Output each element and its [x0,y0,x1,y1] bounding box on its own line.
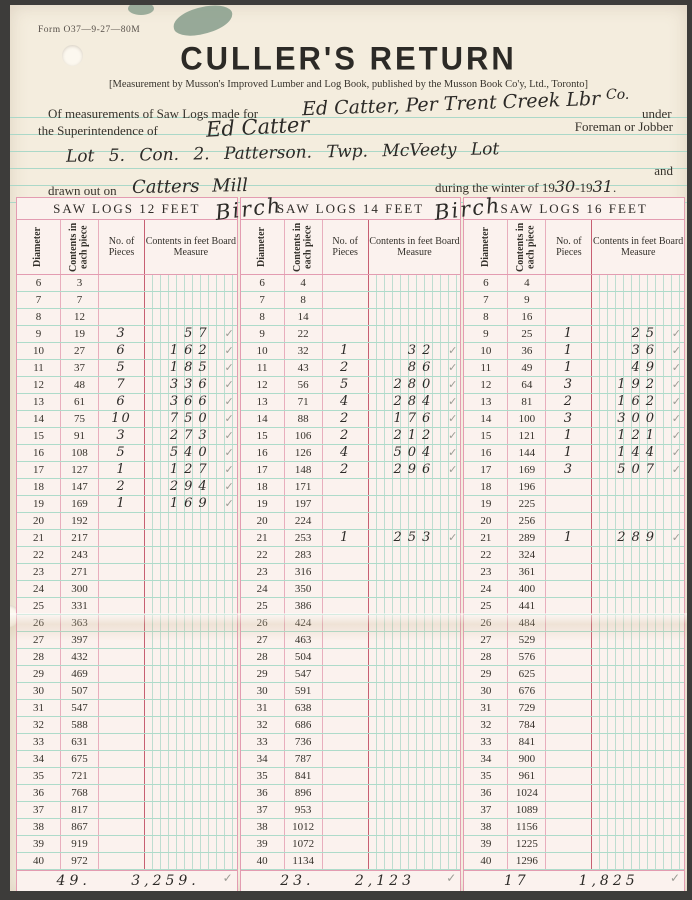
contents-cell: 3 [61,275,99,291]
contents-cell: 300 [61,581,99,597]
contents-cell: 736 [285,734,323,750]
pieces-cell [99,768,145,784]
pieces-handwriting: 1 [546,530,591,545]
board-measure-cell [369,717,461,733]
board-measure-cell [592,547,684,563]
table-row: 161441144✓ [464,445,684,462]
table-row: 1036136✓ [464,343,684,360]
pieces-cell: 6 [99,394,145,410]
pieces-cell: 2 [323,428,369,444]
diameter-cell: 14 [464,411,508,427]
diameter-cell: 28 [464,649,508,665]
checkmark-pencil: ✓ [448,428,457,444]
contents-cell: 350 [285,581,323,597]
diameter-cell: 7 [464,292,508,308]
board-measure-cell [369,785,461,801]
contents-cell: 19 [61,326,99,342]
pieces-cell: 5 [99,360,145,376]
pieces-cell [99,700,145,716]
board-measure-handwriting: 169 [145,496,237,511]
contents-label: Contents in each piece [69,220,90,274]
contents-cell: 547 [61,700,99,716]
board-measure-cell [369,853,461,869]
contents-cell: 675 [61,751,99,767]
diameter-cell: 34 [464,751,508,767]
contents-cell: 48 [61,377,99,393]
board-measure-cell: 162✓ [145,343,237,359]
winter-mid: -19 [575,180,592,195]
table-row: 33631 [17,734,237,751]
pieces-handwriting: 5 [99,360,144,375]
diameter-cell: 12 [241,377,285,393]
diameter-cell: 29 [17,666,61,682]
checkmark-pencil: ✓ [224,445,233,461]
contents-cell: 271 [61,564,99,580]
table-row: 25441 [464,598,684,615]
pieces-cell [546,802,592,818]
table-row: 171271127✓ [17,462,237,479]
table-row: 23271 [17,564,237,581]
diameter-cell: 38 [17,819,61,835]
diameter-cell: 6 [241,275,285,291]
pieces-cell [99,598,145,614]
pieces-cell [546,309,592,325]
table-row: 151211121✓ [464,428,684,445]
diameter-column-header: Diameter [241,220,285,274]
diameter-cell: 24 [241,581,285,597]
pieces-handwriting: 3 [546,377,591,392]
board-measure-cell [592,292,684,308]
table-row: 39919 [17,836,237,853]
table-row: 18196 [464,479,684,496]
pieces-cell [546,564,592,580]
table-row: 371089 [464,802,684,819]
diameter-cell: 6 [17,275,61,291]
board-measure-cell [369,564,461,580]
table-row: 32588 [17,717,237,734]
table-row: 23316 [241,564,461,581]
contents-cell: 867 [61,819,99,835]
diameter-cell: 11 [241,360,285,376]
board-measure-handwriting: 336 [145,377,237,392]
table-row: 40972 [17,853,237,870]
board-measure-handwriting: 162 [145,343,237,358]
pieces-cell [323,292,369,308]
board-measure-handwriting: 507 [592,462,684,477]
pieces-cell: 1 [546,360,592,376]
contents-cell: 638 [285,700,323,716]
checkmark-pencil: ✓ [672,411,681,427]
pieces-cell [323,275,369,291]
table-row: 151062212✓ [241,428,461,445]
pieces-cell [546,496,592,512]
diameter-cell: 17 [17,462,61,478]
diameter-cell: 11 [17,360,61,376]
pieces-cell [546,598,592,614]
diameter-cell: 31 [464,700,508,716]
contents-cell: 953 [285,802,323,818]
pieces-handwriting: 1 [99,496,144,511]
table-row: 28504 [241,649,461,666]
ink-stain-small [128,5,154,15]
total-board-handwriting: 1,825 [579,873,639,889]
pieces-cell [546,717,592,733]
contents-cell: 127 [61,462,99,478]
pieces-cell [99,683,145,699]
contents-cell: 1225 [508,836,546,852]
board-measure-cell: 36✓ [592,343,684,359]
board-measure-cell [369,547,461,563]
contents-cell: 7 [61,292,99,308]
table-row: 32784 [464,717,684,734]
diameter-cell: 40 [17,853,61,869]
contents-cell: 36 [508,343,546,359]
table-totals-row: 23.2,123✓ [241,870,461,891]
table-row: 391225 [464,836,684,853]
board-measure-handwriting: 32 [369,343,461,358]
board-measure-cell [592,513,684,529]
contents-cell: 8 [285,292,323,308]
table-row: 26484 [464,615,684,632]
table-row: 12487336✓ [17,377,237,394]
table-row: 27397 [17,632,237,649]
pieces-cell [99,632,145,648]
table-row: 21217 [17,530,237,547]
diameter-cell: 16 [464,445,508,461]
table-row: 30591 [241,683,461,700]
table-row: 34900 [464,751,684,768]
pieces-handwriting: 2 [323,360,368,375]
pieces-handwriting: 1 [546,445,591,460]
table-row: 27529 [464,632,684,649]
diameter-cell: 12 [17,377,61,393]
pieces-cell: 1 [546,445,592,461]
diameter-label: Diameter [33,227,44,267]
board-measure-cell [369,666,461,682]
pieces-cell [323,326,369,342]
pieces-cell [323,700,369,716]
diameter-cell: 27 [464,632,508,648]
pieces-cell [323,632,369,648]
board-measure-cell: 336✓ [145,377,237,393]
diameter-cell: 15 [464,428,508,444]
diameter-cell: 10 [17,343,61,359]
board-measure-handwriting: 162 [592,394,684,409]
pieces-cell [323,649,369,665]
board-measure-cell: 540✓ [145,445,237,461]
contents-cell: 14 [285,309,323,325]
board-measure-cell [145,581,237,597]
contents-cell: 400 [508,581,546,597]
checkmark-pencil: ✓ [448,360,457,376]
contents-cell: 196 [508,479,546,495]
board-measure-cell [145,666,237,682]
table-row: 26363 [17,615,237,632]
contents-cell: 361 [508,564,546,580]
diameter-cell: 25 [241,598,285,614]
pieces-handwriting: 3 [99,326,144,341]
checkmark-pencil: ✓ [448,377,457,393]
board-measure-handwriting: 25 [592,326,684,341]
pieces-cell [323,547,369,563]
checkmark-pencil: ✓ [224,428,233,444]
table-row: 36896 [241,785,461,802]
pieces-cell [546,547,592,563]
board-measure-cell [592,598,684,614]
diameter-cell: 40 [464,853,508,869]
contents-cell: 424 [285,615,323,631]
total-pieces-handwriting: 23. [280,873,314,889]
table-row: 35721 [17,768,237,785]
pieces-cell [99,649,145,665]
board-measure-cell [145,785,237,801]
diameter-cell: 22 [17,547,61,563]
board-measure-cell [369,615,461,631]
diameter-cell: 32 [464,717,508,733]
contents-cell: 253 [285,530,323,546]
contents-cell: 1134 [285,853,323,869]
diameter-column-header: Diameter [17,220,61,274]
board-measure-handwriting: 185 [145,360,237,375]
diameter-cell: 14 [17,411,61,427]
pieces-cell: 2 [323,360,369,376]
table-row: 18171 [241,479,461,496]
board-measure-cell: 57✓ [145,326,237,342]
board-measure-cell [369,819,461,835]
table-row: 29469 [17,666,237,683]
table-row: 31547 [17,700,237,717]
pieces-cell [99,802,145,818]
pieces-cell [323,734,369,750]
table-row: 31638 [241,700,461,717]
contents-cell: 900 [508,751,546,767]
diameter-cell: 24 [17,581,61,597]
pieces-handwriting: 1 [546,360,591,375]
board-measure-cell [592,666,684,682]
pieces-cell: 3 [99,428,145,444]
contents-cell: 81 [508,394,546,410]
diameter-cell: 17 [241,462,285,478]
pieces-cell [546,581,592,597]
checkmark-pencil: ✓ [448,343,457,359]
diameter-cell: 21 [241,530,285,546]
diameter-cell: 13 [17,394,61,410]
pieces-cell [99,309,145,325]
pieces-handwriting: 6 [99,343,144,358]
board-measure-cell [592,632,684,648]
diameter-column-header: Diameter [464,220,508,274]
table-row: 37817 [17,802,237,819]
table-row: 37953 [241,802,461,819]
board-measure-cell [592,309,684,325]
pieces-handwriting: 10 [99,411,144,426]
pieces-cell [99,513,145,529]
board-measure-handwriting: 280 [369,377,461,392]
table-row: 64 [464,275,684,292]
diameter-cell: 18 [241,479,285,495]
pieces-cell [546,853,592,869]
contents-cell: 192 [61,513,99,529]
pieces-handwriting: 2 [323,411,368,426]
diameter-cell: 8 [241,309,285,325]
contents-cell: 91 [61,428,99,444]
pieces-column-header: No. of Pieces [546,220,592,274]
pieces-cell: 2 [99,479,145,495]
board-measure-handwriting: 253 [369,530,461,545]
contents-cell: 331 [61,598,99,614]
board-measure-column-header: Contents in feet Board Measure [369,220,461,274]
contents-cell: 787 [285,751,323,767]
checkmark-pencil: ✓ [224,496,233,512]
and-label: and [654,163,673,179]
pieces-handwriting: 6 [99,394,144,409]
pieces-cell: 2 [323,411,369,427]
table-row: 1149149✓ [464,360,684,377]
board-measure-cell [145,513,237,529]
board-measure-handwriting: 121 [592,428,684,443]
pieces-cell [546,734,592,750]
diameter-cell: 13 [241,394,285,410]
checkmark-pencil: ✓ [224,479,233,495]
table-row: 381012 [241,819,461,836]
contents-cell: 32 [285,343,323,359]
pieces-handwriting: 1 [546,343,591,358]
board-measure-handwriting: 504 [369,445,461,460]
board-measure-cell [592,496,684,512]
table-row: 212891289✓ [464,530,684,547]
board-measure-handwriting: 192 [592,377,684,392]
board-measure-cell [369,683,461,699]
pieces-cell [546,768,592,784]
diameter-cell: 8 [464,309,508,325]
pieces-cell [546,700,592,716]
diameter-cell: 33 [464,734,508,750]
contents-cell: 686 [285,717,323,733]
board-measure-cell: 280✓ [369,377,461,393]
table-row: 10276162✓ [17,343,237,360]
contents-cell: 972 [61,853,99,869]
board-measure-cell: 284✓ [369,394,461,410]
board-measure-handwriting: 540 [145,445,237,460]
table-row: 28432 [17,649,237,666]
contents-cell: 841 [508,734,546,750]
winter-label: during the winter of 1930-1931. [435,177,616,196]
pieces-cell [323,768,369,784]
pieces-handwriting: 3 [99,428,144,443]
table-row: 19225 [464,496,684,513]
table-row: 19197 [241,496,461,513]
board-measure-handwriting: 49 [592,360,684,375]
diameter-cell: 25 [17,598,61,614]
pieces-cell [323,496,369,512]
board-measure-cell [592,479,684,495]
table-row: 25331 [17,598,237,615]
contents-cell: 16 [508,309,546,325]
board-measure-cell: 127✓ [145,462,237,478]
pieces-cell [546,819,592,835]
table-row: 12643192✓ [464,377,684,394]
board-measure-cell: 253✓ [369,530,461,546]
scan-frame: Form O37—9-27—80M CULLER'S RETURN [Measu… [0,0,692,900]
pieces-handwriting: 4 [323,394,368,409]
contents-cell: 1072 [285,836,323,852]
diameter-cell: 10 [464,343,508,359]
table-row: 33841 [464,734,684,751]
table-row: 919357✓ [17,326,237,343]
pieces-cell [99,292,145,308]
diameter-cell: 29 [464,666,508,682]
board-measure-cell: 144✓ [592,445,684,461]
contents-cell: 363 [61,615,99,631]
table-row: 20192 [17,513,237,530]
diameter-cell: 37 [464,802,508,818]
pieces-cell [546,275,592,291]
board-measure-handwriting: 36 [592,343,684,358]
contents-cell: 547 [285,666,323,682]
pieces-cell [323,581,369,597]
contents-cell: 576 [508,649,546,665]
contents-cell: 469 [61,666,99,682]
board-measure-cell: 296✓ [369,462,461,478]
pieces-cell: 1 [546,428,592,444]
board-measure-cell [145,802,237,818]
pieces-cell: 3 [99,326,145,342]
contents-cell: 529 [508,632,546,648]
pieces-cell [99,564,145,580]
foreman-label: Foreman or Jobber [575,119,673,135]
table-row: 64 [241,275,461,292]
table-body: 64788149221032132✓1143286✓12565280✓13714… [241,275,461,870]
table-row: 24300 [17,581,237,598]
table-row: 15913273✓ [17,428,237,445]
checkmark-pencil: ✓ [448,394,457,410]
table-row: 23361 [464,564,684,581]
board-measure-handwriting: 300 [592,411,684,426]
diameter-cell: 26 [241,615,285,631]
table-row: 22283 [241,547,461,564]
pieces-cell: 4 [323,394,369,410]
pieces-cell [323,666,369,682]
diameter-cell: 10 [241,343,285,359]
board-measure-cell [369,581,461,597]
board-measure-cell [369,496,461,512]
table-row: 147510750✓ [17,411,237,428]
table-row: 191691169✓ [17,496,237,513]
contents-cell: 256 [508,513,546,529]
board-measure-cell: 504✓ [369,445,461,461]
contents-cell: 817 [61,802,99,818]
table-row: 25386 [241,598,461,615]
board-measure-cell [369,275,461,291]
diameter-cell: 38 [464,819,508,835]
checkmark-pencil: ✓ [224,394,233,410]
board-measure-cell [145,717,237,733]
contents-cell: 43 [285,360,323,376]
board-measure-handwriting: 86 [369,360,461,375]
diameter-cell: 27 [241,632,285,648]
contents-cell: 1012 [285,819,323,835]
pieces-cell: 3 [546,377,592,393]
total-checkmark-pencil: ✓ [670,871,680,886]
pieces-cell: 1 [546,343,592,359]
contents-cell: 169 [508,462,546,478]
pieces-cell: 3 [546,411,592,427]
board-measure-cell [592,717,684,733]
contents-cell: 243 [61,547,99,563]
diameter-cell: 30 [17,683,61,699]
pieces-cell [323,309,369,325]
table-row: 922 [241,326,461,343]
